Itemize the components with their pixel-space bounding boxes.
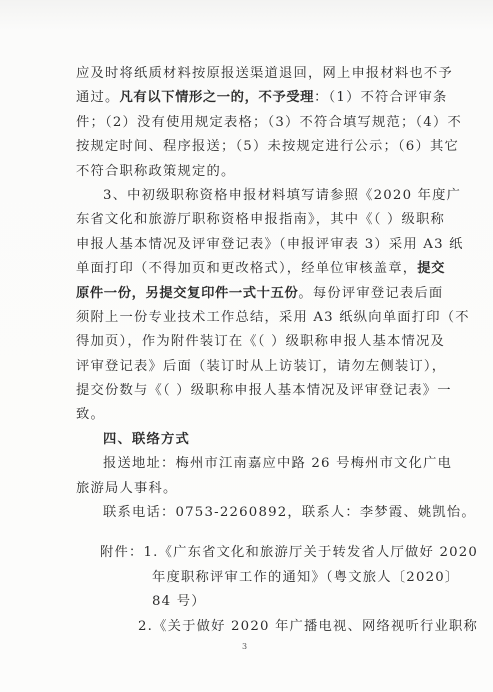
text-line: 提交份数与《（ ）级职称申报人基本情况及评审登记表》一 [76,379,420,403]
text-line: 按规定时间、程序报送；（5）未按规定进行公示；（6）其它 [76,135,420,159]
spacer [76,525,420,541]
text-run: 通过。 [76,90,120,105]
text-line: 申报人基本情况及评审登记表》（申报评审表 3）采用 A3 纸 [76,233,420,257]
attachment-item-1-cont: 84 号） [76,590,420,614]
section-heading-contact: 四、联络方式 [76,428,420,452]
contact-line: 联系电话：0753-2260892，联系人：李梦霞、姚凯怡。 [76,501,420,525]
page-number: 3 [242,642,247,651]
text-run: 。每份评审登记表后面 [298,286,443,301]
document-body: 应及时将纸质材料按原报送渠道退回，网上申报材料也不予 通过。凡有以下情形之一的，… [76,62,420,639]
attachment-item-1-cont: 年度职称评审工作的通知》（粤文旅人〔2020〕 [76,566,420,590]
document-page: 应及时将纸质材料按原报送渠道退回，网上申报材料也不予 通过。凡有以下情形之一的，… [0,0,493,692]
attachment-item-2: 2.《关于做好 2020 年广播电视、网络视听行业职称 [76,615,420,639]
text-line: 通过。凡有以下情形之一的，不予受理：（1）不符合评审条 [76,86,420,110]
address-line: 旅游局人事科。 [76,477,420,501]
text-line: 东省文化和旅游厅职称资格申报指南》，其中《（ ）级职称 [76,208,420,232]
text-line: 单面打印（不得加页和更改格式），经单位审核盖章，提交 [76,257,420,281]
item3-first-line: 3、中初级职称资格申报材料填写请参照《2020 年度广 [76,184,420,208]
text-run: ：（1）不符合评审条 [314,90,447,105]
text-run: 单面打印（不得加页和更改格式），经单位审核盖章， [76,261,417,276]
text-line: 须附上一份专业技术工作总结，采用 A3 纸纵向单面打印（不 [76,306,420,330]
text-line: 件；（2）没有使用规定表格；（3）不符合填写规范；（4）不 [76,111,420,135]
attachment-item-1: 附件：1.《广东省文化和旅游厅关于转发省人厅做好 2020 [76,541,420,565]
text-line: 评审登记表》后面（装订时从上访装订，请勿左侧装订）， [76,355,420,379]
address-line: 报送地址：梅州市江南嘉应中路 26 号梅州市文化广电 [76,452,420,476]
text-line: 致。 [76,403,420,427]
text-line: 应及时将纸质材料按原报送渠道退回，网上申报材料也不予 [76,62,420,86]
bold-emphasis: 原件一份，另提交复印件一式十五份 [76,286,298,301]
bold-emphasis: 提交 [417,261,445,276]
text-line: 不符合职称政策规定的。 [76,160,420,184]
text-line: 得加页），作为附件装订在《（ ）级职称申报人基本情况及 [76,330,420,354]
text-line: 原件一份，另提交复印件一式十五份。每份评审登记表后面 [76,282,420,306]
bold-emphasis: 凡有以下情形之一的，不予受理 [120,90,315,105]
